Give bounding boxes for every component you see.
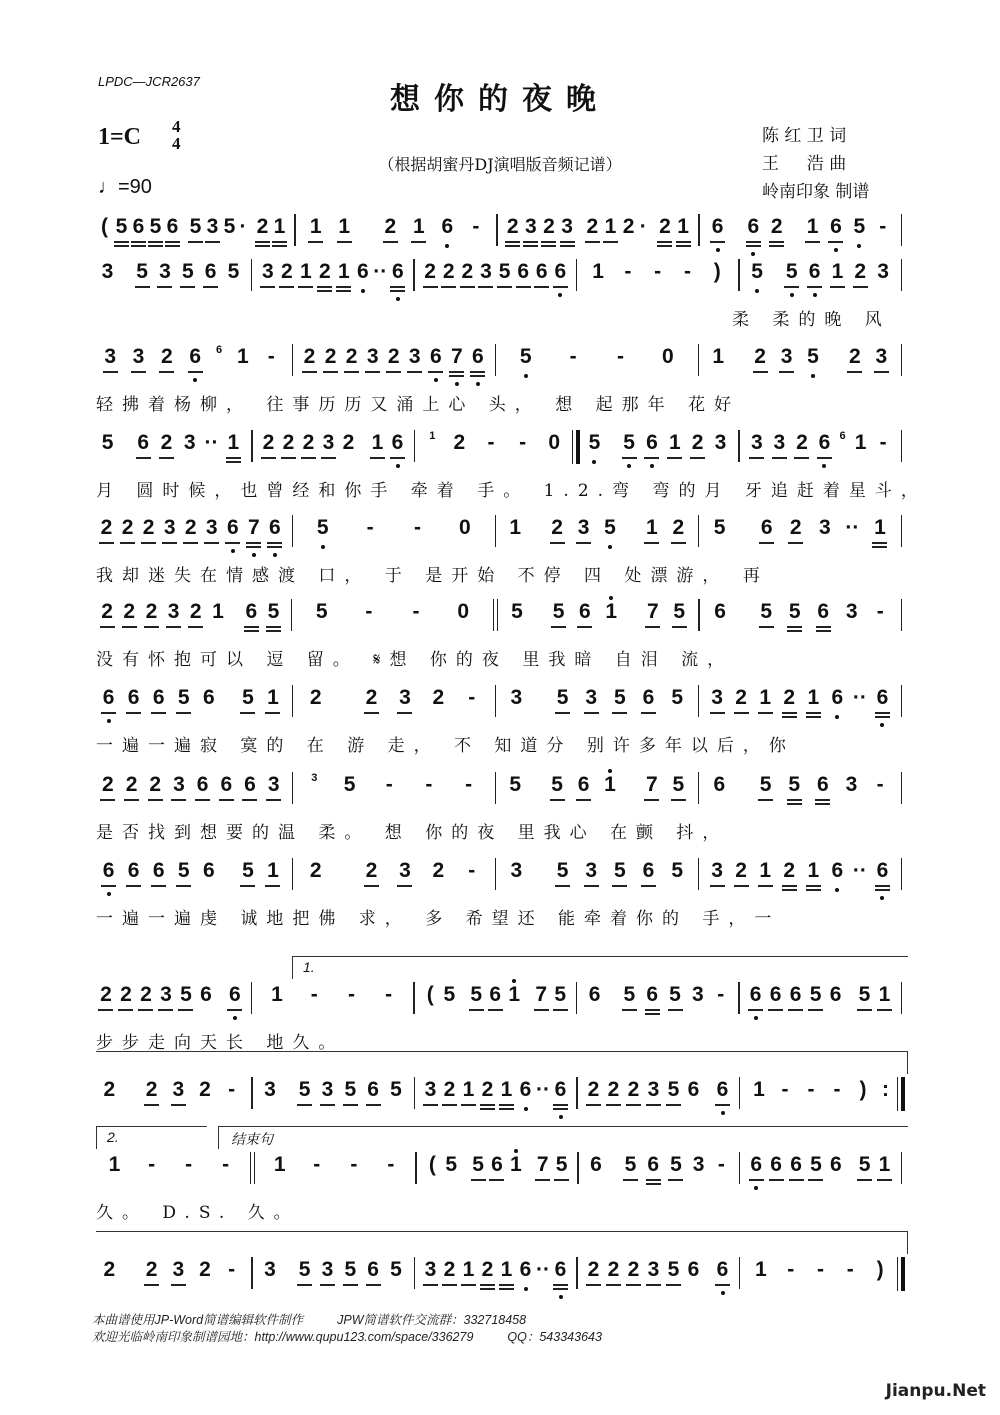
barline — [292, 685, 294, 717]
note: 0 — [455, 599, 472, 625]
barline — [495, 772, 497, 804]
final-barline — [897, 1257, 906, 1291]
note: 3 — [422, 1077, 439, 1103]
note: 1 — [498, 1077, 515, 1103]
note: 6 — [243, 599, 260, 625]
note: ) — [855, 1077, 872, 1103]
score-system: 332661-2223236765--0123523轻拂着杨柳， 往事历历又涌上… — [96, 344, 908, 384]
note: 6 — [197, 982, 214, 1008]
barline — [576, 982, 578, 1014]
note: 2 — [605, 1257, 622, 1283]
note: 1 — [106, 1152, 123, 1178]
measure: 6665651 — [96, 685, 286, 711]
note: 6 — [829, 858, 846, 884]
note: 6 — [827, 982, 844, 1008]
note: - — [649, 259, 666, 285]
note: 5 — [113, 214, 130, 240]
measure: 1---) — [583, 259, 732, 285]
note: 5 — [507, 772, 524, 798]
note: 1 — [603, 599, 620, 625]
note: 0 — [456, 515, 473, 541]
note: 6 — [164, 214, 181, 240]
note: 5 — [856, 982, 873, 1008]
measure: (5656535·21 — [96, 214, 288, 240]
tempo-marking: ♩=90 — [98, 176, 152, 199]
note: 6 — [100, 858, 117, 884]
measure: 123523 — [705, 344, 895, 370]
measure: 556123 — [746, 259, 895, 285]
note: 6 — [218, 772, 235, 798]
barline — [414, 430, 416, 462]
measure: 2232- — [96, 1257, 245, 1283]
note: 6 — [241, 772, 258, 798]
note: 1 — [752, 1257, 769, 1283]
measure: 2223216 — [259, 430, 408, 456]
note: - — [308, 1152, 325, 1178]
note: - — [565, 344, 582, 370]
note: 5 — [517, 344, 534, 370]
note: ·· — [853, 685, 867, 711]
note: 5 — [314, 515, 331, 541]
barline — [901, 599, 903, 631]
note: 3 — [583, 685, 600, 711]
note: 2 — [781, 858, 798, 884]
note: 1 — [369, 430, 386, 456]
note: 7 — [533, 982, 550, 1008]
time-signature: 4 4 — [172, 118, 181, 152]
note: ·· — [205, 430, 219, 456]
note: 5 — [296, 1077, 313, 1103]
bracket-line — [96, 1231, 908, 1254]
note: 2 — [147, 772, 164, 798]
note: 3 — [709, 685, 726, 711]
note: - — [872, 772, 889, 798]
note: 3 — [204, 214, 221, 240]
measure: 12--0 — [421, 430, 570, 456]
note: 5 — [554, 858, 571, 884]
note: 2 — [549, 515, 566, 541]
note: 1 — [804, 214, 821, 240]
barline — [251, 430, 253, 462]
note: 6 — [815, 599, 832, 625]
notation-line: 66656512232-353565321216··6 — [96, 858, 908, 898]
note: 6 — [745, 214, 762, 240]
note: 6 — [714, 1257, 731, 1283]
note: 2 — [441, 1257, 458, 1283]
measure: (556175 — [423, 1152, 571, 1178]
note: - — [712, 982, 729, 1008]
note: 3 — [170, 1257, 187, 1283]
note: 6 — [575, 772, 592, 798]
note: 3 — [645, 1257, 662, 1283]
barline — [413, 982, 415, 1014]
note: - — [223, 1077, 240, 1103]
barline — [576, 259, 578, 291]
note: - — [467, 214, 484, 240]
note: 6 — [827, 214, 844, 240]
measure: 6665651 — [746, 982, 895, 1008]
bracket-line — [96, 1051, 908, 1074]
key-signature: 1=C — [98, 124, 141, 151]
note: - — [782, 1257, 799, 1283]
note: 1 — [498, 1257, 515, 1283]
note: 3 — [102, 344, 119, 370]
measure: 332661- — [96, 344, 286, 370]
note: 5 — [265, 599, 282, 625]
note: 6 — [874, 858, 891, 884]
note: 5 — [611, 858, 628, 884]
note: 2 — [540, 214, 557, 240]
note: 2 — [656, 214, 673, 240]
notation-line: 332661-2223236765--0123523 — [96, 344, 908, 384]
note: 2 — [793, 430, 810, 456]
note: 5 — [470, 1152, 487, 1178]
note: 2 — [620, 214, 637, 240]
note: 6 — [576, 599, 593, 625]
measure: 332661- — [746, 430, 895, 456]
measure: 321216··6 — [705, 858, 895, 884]
note: 5 — [749, 259, 766, 285]
note: 6 — [427, 344, 444, 370]
note: 2 — [97, 982, 114, 1008]
note: 2 — [301, 344, 318, 370]
note: - — [306, 982, 323, 1008]
note: 3 — [170, 772, 187, 798]
barline — [901, 344, 903, 376]
lyrics-line: 是否找到想要的温 柔。 想 你的夜 里我心 在颤 抖， — [96, 818, 728, 843]
note: 3 — [712, 430, 729, 456]
note: - — [872, 599, 889, 625]
note: 1 — [307, 214, 324, 240]
barline — [415, 1152, 417, 1184]
barline — [292, 515, 294, 547]
measure: 353565 — [259, 1257, 408, 1283]
note: 5 — [667, 1152, 684, 1178]
barline — [901, 982, 903, 1014]
note: 2 — [187, 599, 204, 625]
note: 1 — [757, 685, 774, 711]
note: ( — [422, 982, 439, 1008]
notation-line: 222321655--055617565563- — [96, 599, 908, 639]
note: 6 — [768, 1152, 785, 1178]
note: 1 — [710, 344, 727, 370]
note: 6 — [712, 599, 729, 625]
note: 3 — [709, 858, 726, 884]
measure: 5--0 — [298, 599, 487, 625]
note: 1 — [269, 982, 286, 1008]
score-system: 5623··1222321612--0556123332661-月 圆时候，也曾… — [96, 430, 908, 470]
note: 5 — [758, 599, 775, 625]
note: 5 — [239, 858, 256, 884]
note: 3 — [771, 430, 788, 456]
note: 1 — [852, 430, 869, 456]
note: - — [463, 685, 480, 711]
note: 2 — [196, 1077, 213, 1103]
notation-line: 5623··1222321612--0556123332661- — [96, 430, 908, 470]
note: 2 — [340, 430, 357, 456]
note: 3 — [130, 344, 147, 370]
note: 1 — [590, 259, 607, 285]
note: 6 — [586, 982, 603, 1008]
note: 3 — [259, 259, 276, 285]
barline — [251, 259, 253, 291]
note: 6 — [685, 1257, 702, 1283]
note: 2 — [363, 858, 380, 884]
note: 5 — [553, 1152, 570, 1178]
note: 2 — [768, 214, 785, 240]
note: 3 — [319, 1077, 336, 1103]
note: 2 — [846, 344, 863, 370]
note: 2 — [280, 430, 297, 456]
note: 1 — [507, 515, 524, 541]
barline — [738, 430, 740, 462]
note: 5 — [621, 982, 638, 1008]
note: - — [803, 1077, 820, 1103]
measure: 5623··1 — [705, 515, 895, 541]
note: 6 — [389, 259, 406, 285]
note: - — [874, 214, 891, 240]
note: 6 — [816, 430, 833, 456]
barline — [413, 259, 415, 291]
score-system: 353565321216··6222356661---)556123柔 柔的晚 … — [96, 259, 908, 299]
measure: 1---) — [746, 1257, 895, 1283]
note: 3 — [689, 982, 706, 1008]
note: 0 — [659, 344, 676, 370]
barline — [738, 259, 740, 291]
note: - — [619, 259, 636, 285]
note: 6 — [135, 430, 152, 456]
score-system: 66656512232-353565321216··6一遍一遍虔 诚地把佛 求，… — [96, 858, 908, 898]
barline — [292, 772, 294, 804]
notation-line: 2223236765--01235125623··1 — [96, 515, 908, 555]
measure: 6665651 — [96, 858, 286, 884]
barline — [901, 259, 903, 291]
note: 5 — [552, 982, 569, 1008]
note: 6 — [644, 982, 661, 1008]
note: 2 — [451, 430, 468, 456]
note: 1 — [675, 214, 692, 240]
measure: 5--0 — [502, 344, 692, 370]
note: 3 — [508, 685, 525, 711]
barline — [901, 858, 903, 890]
note: 2 — [260, 430, 277, 456]
note: 6 — [767, 982, 784, 1008]
note: 3 — [261, 1257, 278, 1283]
note: 1 — [751, 1077, 768, 1103]
measure: 321216··6 — [421, 1077, 570, 1103]
note: 2 — [385, 344, 402, 370]
note: 2 — [459, 259, 476, 285]
note: 1 — [264, 858, 281, 884]
song-title: 想你的夜晚 — [0, 74, 1000, 118]
barline — [251, 982, 253, 1014]
note: 2 — [585, 1257, 602, 1283]
note: 6 — [552, 259, 569, 285]
note: - — [217, 1152, 234, 1178]
note: 6 — [517, 1077, 534, 1103]
note: 3 — [522, 214, 539, 240]
measure: 2223566 — [96, 982, 245, 1008]
notation-line: 66656512232-353565321216··6 — [96, 685, 908, 725]
note: 6 — [365, 1077, 382, 1103]
barline — [698, 515, 700, 547]
note: 6 — [711, 772, 728, 798]
note: 2 — [781, 685, 798, 711]
measure: 1--- — [96, 1152, 244, 1178]
note: 5 — [221, 214, 238, 240]
note: 2 — [182, 515, 199, 541]
note: 1 — [507, 1152, 524, 1178]
note: - — [612, 344, 629, 370]
note: 5 — [441, 982, 458, 1008]
note: 6 — [788, 1152, 805, 1178]
barline — [901, 430, 903, 462]
barline — [901, 685, 903, 717]
note: 5 — [99, 430, 116, 456]
barline — [577, 1152, 579, 1184]
note: 3 — [181, 430, 198, 456]
note: 5 — [622, 1152, 639, 1178]
barline — [576, 1257, 578, 1289]
note: 2 — [316, 259, 333, 285]
note: 2 — [382, 214, 399, 240]
footer: 本曲谱使用JP-Word简谱编辑软件制作JPW简谱软件交流群：332718458… — [92, 1312, 636, 1346]
note: 2 — [441, 1077, 458, 1103]
note: 6 — [515, 259, 532, 285]
lyrics-line: 步步走向天长 地久。 — [96, 1028, 344, 1053]
note: 2 — [143, 1257, 160, 1283]
note: 6 — [439, 214, 456, 240]
note: 6 — [643, 430, 660, 456]
note: - — [713, 1152, 730, 1178]
footer-website-link[interactable]: 欢迎光临岭南印象制谱园地：http://www.qupu123.com/spac… — [92, 1330, 473, 1344]
note: 2 — [99, 599, 116, 625]
note: 5 — [342, 1257, 359, 1283]
note: 6 — [747, 982, 764, 1008]
note: - — [514, 430, 531, 456]
note: 2 — [440, 259, 457, 285]
note: 3 — [319, 1257, 336, 1283]
note: - — [460, 772, 477, 798]
note: 3 — [477, 259, 494, 285]
measure: 556175 — [504, 599, 693, 625]
note: 5 — [711, 515, 728, 541]
note: 2 — [625, 1257, 642, 1283]
note: 5 — [175, 685, 192, 711]
note: 2 — [300, 430, 317, 456]
note: 5 — [550, 599, 567, 625]
score-system: 66656512232-353565321216··6一遍一遍寂 寞的 在 游 … — [96, 685, 908, 725]
note: 6 — [640, 685, 657, 711]
measure: 321216··6 — [705, 685, 895, 711]
note: 5 — [296, 1257, 313, 1283]
barline — [739, 1257, 741, 1289]
note: 1 — [460, 1077, 477, 1103]
measure: 2232- — [299, 685, 489, 711]
barline — [495, 515, 497, 547]
note: - — [679, 259, 696, 285]
note: 6 — [552, 1077, 569, 1103]
barline — [495, 685, 497, 717]
note: 2 — [117, 982, 134, 1008]
note: 0 — [546, 430, 563, 456]
note: 6 — [829, 685, 846, 711]
note: 5 — [601, 515, 618, 541]
barline — [414, 1257, 416, 1289]
note: 5 — [665, 1257, 682, 1283]
note: 5 — [179, 259, 196, 285]
note: 1 — [805, 858, 822, 884]
note: 5 — [134, 259, 151, 285]
note: 6 — [469, 344, 486, 370]
lyricist-credit: 陈 红 卫 词 — [762, 122, 869, 150]
note: 5 — [554, 685, 571, 711]
note: 5 — [856, 1152, 873, 1178]
measure: 222323676 — [96, 515, 286, 541]
note: 2 — [752, 344, 769, 370]
note: 1 — [336, 214, 353, 240]
note: 2 — [343, 344, 360, 370]
note: 5 — [341, 772, 358, 798]
note: 6 — [354, 259, 371, 285]
barline — [251, 1257, 253, 1289]
note: 1 — [335, 259, 352, 285]
note: - — [875, 430, 892, 456]
note: 6 — [488, 1152, 505, 1178]
note: 5 — [669, 858, 686, 884]
barline — [495, 344, 497, 376]
repeat-start-barline — [572, 430, 581, 464]
grace-note: 3 — [310, 772, 318, 784]
note: ) — [709, 259, 726, 285]
note: - — [223, 1257, 240, 1283]
note: - — [382, 1152, 399, 1178]
note: 3 — [748, 430, 765, 456]
note: 1 — [829, 259, 846, 285]
note: 1 — [506, 982, 523, 1008]
score-system: 2232-353565321216··622235661---): — [96, 1077, 908, 1117]
note: - — [420, 772, 437, 798]
note: 7 — [448, 344, 465, 370]
note: 3 — [320, 430, 337, 456]
note: 5 — [177, 982, 194, 1008]
measure: 556175 — [502, 772, 692, 798]
note: - — [777, 1077, 794, 1103]
measure: 5--0 — [299, 515, 489, 541]
volta-bracket: 1. — [292, 956, 908, 979]
score-system: (5656535·2111216-2323212·21662165- — [96, 214, 908, 254]
note: 2 — [307, 858, 324, 884]
note: 5 — [804, 344, 821, 370]
barline — [901, 1152, 903, 1184]
final-barline — [897, 1077, 906, 1111]
measure: 6665651 — [746, 1152, 894, 1178]
notation-line: (5656535·2111216-2323212·21662165- — [96, 214, 908, 254]
note: 2 — [605, 1077, 622, 1103]
note: ·· — [373, 259, 387, 285]
note: 1 — [460, 1257, 477, 1283]
footer-software-note: 本曲谱使用JP-Word简谱编辑软件制作 — [92, 1313, 303, 1327]
volta-label: 1. — [303, 959, 315, 975]
barline — [739, 1077, 741, 1109]
note: - — [463, 858, 480, 884]
note: 6 — [487, 982, 504, 1008]
note: 5 — [611, 685, 628, 711]
measure: 222323676 — [299, 344, 489, 370]
note: - — [263, 344, 280, 370]
note: 5 — [786, 772, 803, 798]
note: ·· — [536, 1257, 550, 1283]
